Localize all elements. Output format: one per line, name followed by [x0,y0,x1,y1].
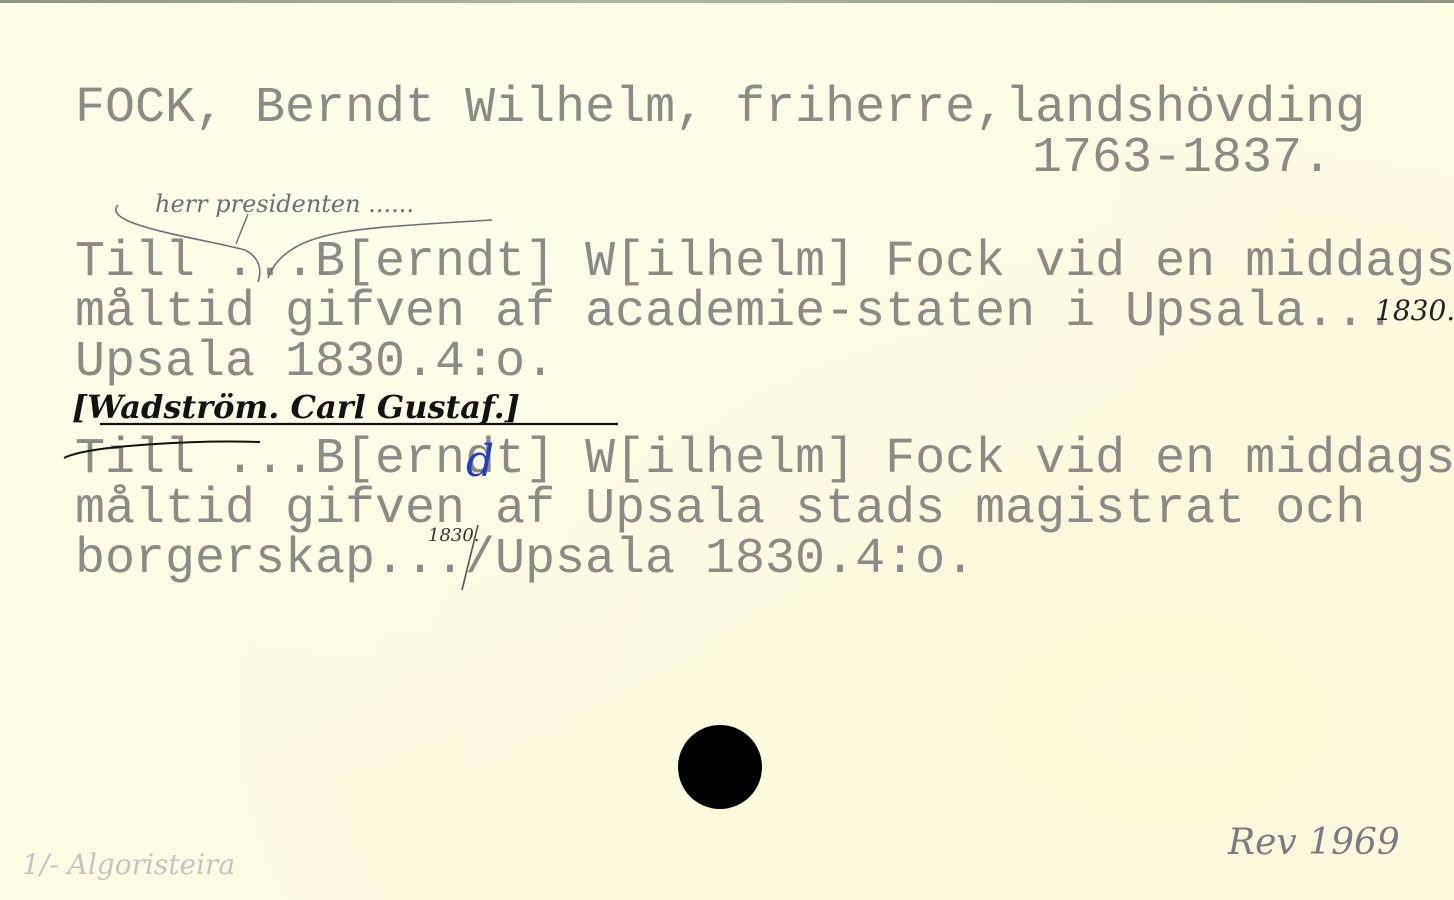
catalog-card: FOCK, Berndt Wilhelm, friherre,landshövd… [0,0,1454,900]
annotation-strokes [0,0,1454,900]
